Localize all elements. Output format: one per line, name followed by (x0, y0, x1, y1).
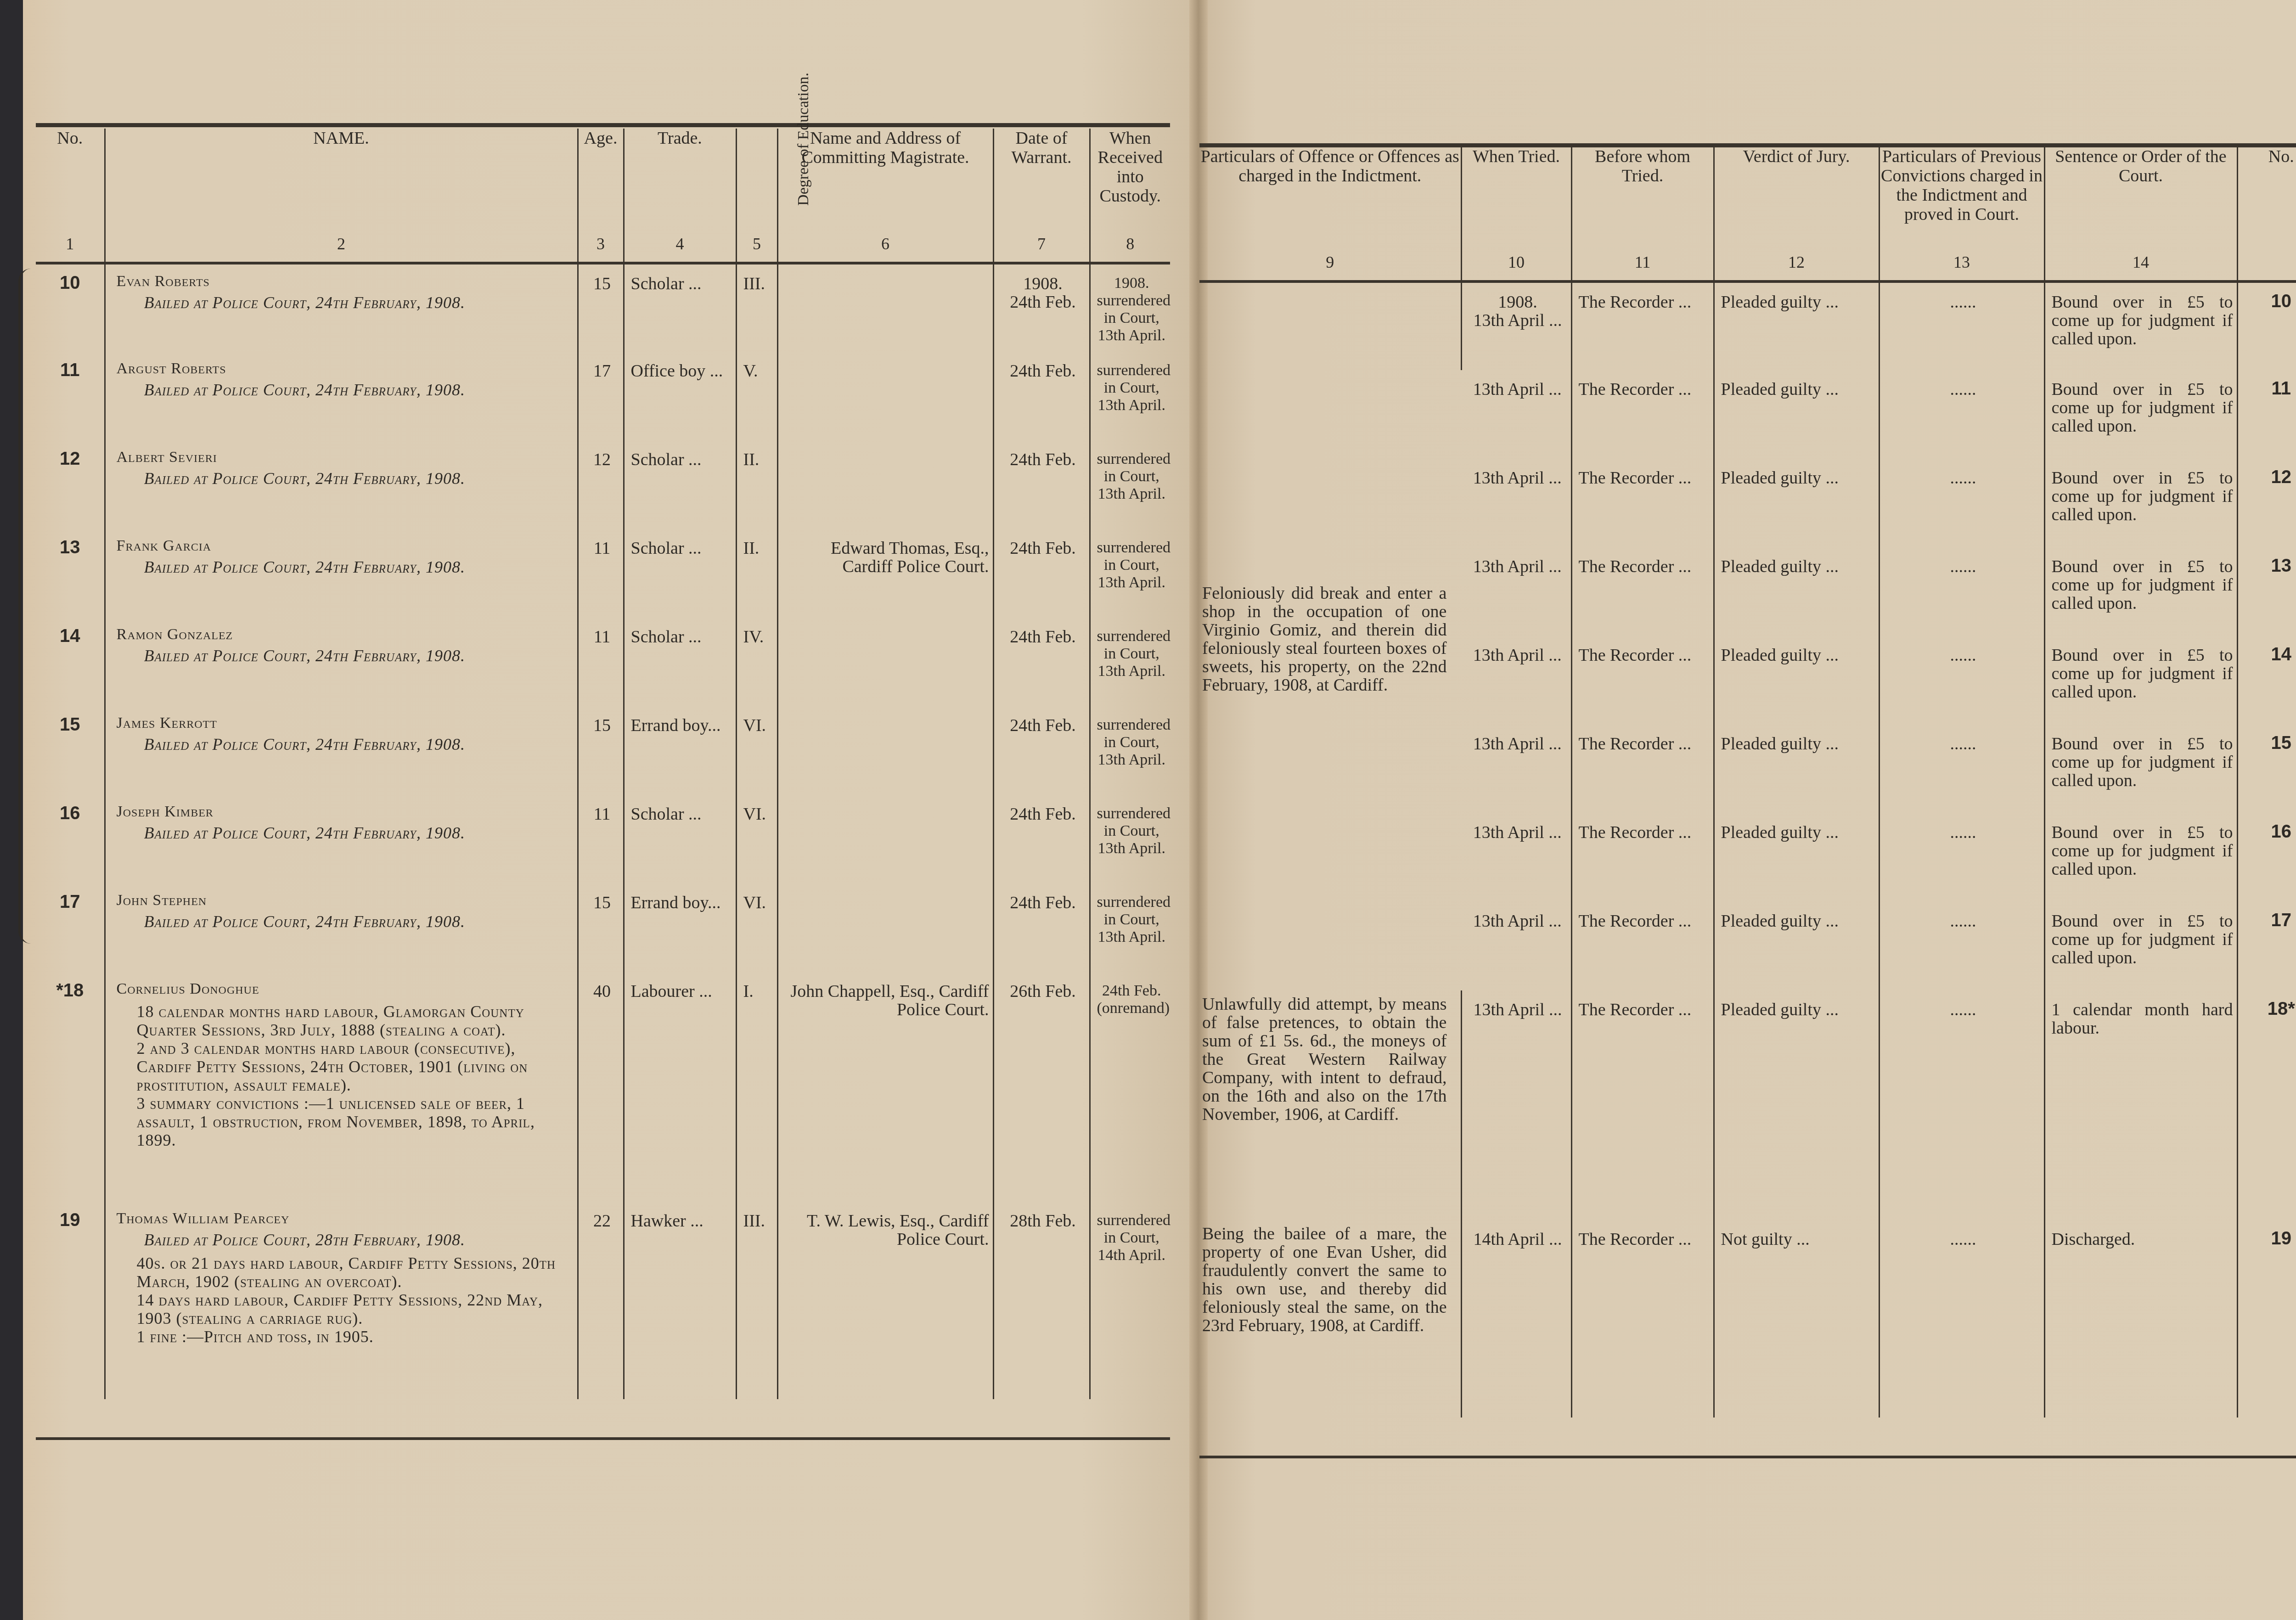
header-sentence: Sentence or Order of the Court. (2044, 147, 2237, 253)
year-label: 1908. (1001, 275, 1086, 293)
table-row: 10Evan RobertsBailed at Police Court, 24… (36, 263, 1170, 352)
year-label: 1908. (1469, 293, 1567, 311)
previous-convictions-proved: ...... (1879, 281, 2044, 370)
date-of-warrant: 24th Feb. (993, 795, 1090, 883)
prisoner-cell: Joseph KimberBailed at Police Court, 24t… (105, 795, 578, 883)
colnum-7: 7 (993, 234, 1090, 263)
table-row: 12Albert SevieriBailed at Police Court, … (36, 440, 1170, 529)
age: 22 (578, 1202, 624, 1399)
bail-note: Bailed at Police Court, 24th February, 1… (144, 823, 573, 843)
verdict: Pleaded guilty ... (1714, 281, 1879, 370)
education-degree: II. (736, 440, 777, 529)
received-into-custody: 1908.surrendered in Court, 13th April. (1090, 263, 1170, 352)
age: 11 (578, 529, 624, 618)
when-tried: 14th April ... (1461, 1220, 1571, 1417)
row-number: 19 (36, 1202, 105, 1399)
received-into-custody: surrendered in Court, 14th April. (1090, 1202, 1170, 1399)
table-row: Unlawfully did attempt, by means of fals… (1199, 990, 2296, 1220)
colnum-5: 5 (736, 234, 777, 263)
colnum-9: 9 (1199, 253, 1461, 281)
trade: Scholar ... (624, 263, 736, 352)
offence-particulars: Unlawfully did attempt, by means of fals… (1199, 990, 1461, 1220)
date-of-warrant: 1908.24th Feb. (993, 263, 1090, 352)
verdict: Pleaded guilty ... (1714, 370, 1879, 459)
previous-conviction: 40s. or 21 days hard labour, Cardiff Pet… (137, 1254, 568, 1291)
date-of-warrant: 24th Feb. (993, 618, 1090, 706)
bail-note: Bailed at Police Court, 28th February, 1… (144, 1230, 573, 1249)
education-degree: IV. (736, 618, 777, 706)
before-whom-tried: The Recorder ... (1571, 547, 1714, 636)
sentence: Bound over in £5 to come up for judgment… (2044, 281, 2237, 370)
table-row: 11Argust RobertsBailed at Police Court, … (36, 352, 1170, 440)
previous-conviction: 14 days hard labour, Cardiff Petty Sessi… (137, 1291, 568, 1327)
previous-convictions-proved: ...... (1879, 370, 2044, 459)
date-of-warrant: 26th Feb. (993, 972, 1090, 1202)
age: 11 (578, 795, 624, 883)
colnum-2: 2 (105, 234, 578, 263)
received-into-custody: surrendered in Court, 13th April. (1090, 706, 1170, 795)
committing-magistrate (777, 618, 993, 706)
header-verdict: Verdict of Jury. (1714, 147, 1879, 253)
row-number: 13 (36, 529, 105, 618)
row-number-right: 16 (2237, 813, 2296, 902)
received-into-custody: surrendered in Court, 13th April. (1090, 529, 1170, 618)
prisoner-cell: Evan RobertsBailed at Police Court, 24th… (105, 263, 578, 352)
age: 11 (578, 618, 624, 706)
when-tried: 13th April ... (1461, 370, 1571, 459)
prisoner-cell: Ramon GonzalezBailed at Police Court, 24… (105, 618, 578, 706)
before-whom-tried: The Recorder ... (1571, 370, 1714, 459)
committing-magistrate (777, 883, 993, 972)
when-tried: 13th April ... (1461, 902, 1571, 990)
before-whom-tried: The Recorder ... (1571, 281, 1714, 370)
trade: Scholar ... (624, 529, 736, 618)
previous-convictions-proved: ...... (1879, 547, 2044, 636)
trade: Scholar ... (624, 440, 736, 529)
table-row: 14Ramon GonzalezBailed at Police Court, … (36, 618, 1170, 706)
date-of-warrant: 28th Feb. (993, 1202, 1090, 1399)
colnum-13: 13 (1879, 253, 2044, 281)
table-row: *18Cornelius Donoghue18 calendar months … (36, 972, 1170, 1202)
sentence: Bound over in £5 to come up for judgment… (2044, 370, 2237, 459)
header-custody: When Received into Custody. (1090, 129, 1170, 234)
education-degree: VI. (736, 706, 777, 795)
date-of-warrant: 24th Feb. (993, 883, 1090, 972)
previous-convictions-list: 40s. or 21 days hard labour, Cardiff Pet… (137, 1254, 568, 1346)
bottom-rule-right (1199, 1456, 2296, 1458)
age: 40 (578, 972, 624, 1202)
sentence: Bound over in £5 to come up for judgment… (2044, 725, 2237, 813)
age: 12 (578, 440, 624, 529)
row-number-right: 13 (2237, 547, 2296, 636)
education-degree: II. (736, 529, 777, 618)
header-offence: Particulars of Offence or Offences as ch… (1199, 147, 1461, 253)
when-tried: 1908.13th April ... (1461, 281, 1571, 370)
sentence: 1 calendar month hard labour. (2044, 990, 2237, 1220)
committing-magistrate: Edward Thomas, Esq., Cardiff Police Cour… (777, 529, 993, 618)
row-number-right: 10 (2237, 281, 2296, 370)
age: 15 (578, 706, 624, 795)
bail-note: Bailed at Police Court, 24th February, 1… (144, 912, 573, 931)
previous-conviction: 3 summary convictions :—1 unlicensed sal… (137, 1094, 568, 1149)
verdict: Pleaded guilty ... (1714, 547, 1879, 636)
previous-convictions-proved: ...... (1879, 725, 2044, 813)
bail-note: Bailed at Police Court, 24th February, 1… (144, 469, 573, 488)
header-when-tried: When Tried. (1461, 147, 1571, 253)
education-degree: III. (736, 1202, 777, 1399)
offence-particulars: Being the bailee of a mare, the property… (1199, 1220, 1461, 1417)
prisoner-name: Joseph Kimber (117, 803, 573, 821)
previous-convictions-proved: ...... (1879, 636, 2044, 725)
trade: Scholar ... (624, 795, 736, 883)
colnum-8: 8 (1090, 234, 1170, 263)
committing-magistrate (777, 440, 993, 529)
when-tried: 13th April ... (1461, 813, 1571, 902)
header-no-right: No. (2237, 147, 2296, 253)
prisoner-name: Albert Sevieri (117, 449, 573, 466)
previous-conviction: 18 calendar months hard labour, Glamorga… (137, 1002, 568, 1039)
when-tried: 13th April ... (1461, 547, 1571, 636)
prisoner-name: Cornelius Donoghue (117, 980, 573, 998)
colnum-10: 10 (1461, 253, 1571, 281)
trade: Labourer ... (624, 972, 736, 1202)
colnum-15 (2237, 253, 2296, 281)
bail-note: Bailed at Police Court, 24th February, 1… (144, 380, 573, 399)
before-whom-tried: The Recorder ... (1571, 459, 1714, 547)
received-into-custody: surrendered in Court, 13th April. (1090, 352, 1170, 440)
prisoner-name: Argust Roberts (117, 360, 573, 377)
previous-conviction: 1 fine :—Pitch and toss, in 1905. (137, 1327, 568, 1346)
colnum-3: 3 (578, 234, 624, 263)
prisoner-name: John Stephen (117, 892, 573, 909)
when-tried: 13th April ... (1461, 459, 1571, 547)
prisoner-cell: Albert SevieriBailed at Police Court, 24… (105, 440, 578, 529)
row-number-right: 12 (2237, 459, 2296, 547)
sentence: Bound over in £5 to come up for judgment… (2044, 636, 2237, 725)
row-number: 11 (36, 352, 105, 440)
prisoner-name: James Kerrott (117, 714, 573, 732)
before-whom-tried: The Recorder ... (1571, 636, 1714, 725)
sentence: Bound over in £5 to come up for judgment… (2044, 547, 2237, 636)
table-row: 16Joseph KimberBailed at Police Court, 2… (36, 795, 1170, 883)
bail-note: Bailed at Police Court, 24th February, 1… (144, 293, 573, 312)
prisoner-cell: James KerrottBailed at Police Court, 24t… (105, 706, 578, 795)
row-number-right: 18* (2237, 990, 2296, 1220)
previous-conviction: 2 and 3 calendar months hard labour (con… (137, 1039, 568, 1094)
bail-note: Bailed at Police Court, 24th February, 1… (144, 557, 573, 577)
bail-note: Bailed at Police Court, 24th February, 1… (144, 646, 573, 665)
bail-note: Bailed at Police Court, 24th February, 1… (144, 735, 573, 754)
verdict: Pleaded guilty ... (1714, 725, 1879, 813)
previous-convictions-proved: ...... (1879, 459, 2044, 547)
education-degree: VI. (736, 795, 777, 883)
previous-convictions-proved: ...... (1879, 902, 2044, 990)
age: 17 (578, 352, 624, 440)
prisoner-name: Thomas William Pearcey (117, 1210, 573, 1227)
row-number: 10 (36, 263, 105, 352)
header-previous-convictions: Particulars of Previous Convictions char… (1879, 147, 2044, 253)
date-of-warrant: 24th Feb. (993, 352, 1090, 440)
table-row: 19Thomas William PearceyBailed at Police… (36, 1202, 1170, 1399)
table-row: Being the bailee of a mare, the property… (1199, 1220, 2296, 1417)
committing-magistrate (777, 795, 993, 883)
prisoner-cell: Argust RobertsBailed at Police Court, 24… (105, 352, 578, 440)
prisoner-name: Ramon Gonzalez (117, 626, 573, 643)
table-row: Feloniously did break and enter a shop i… (1199, 281, 2296, 370)
date-of-warrant: 24th Feb. (993, 529, 1090, 618)
received-into-custody: surrendered in Court, 13th April. (1090, 883, 1170, 972)
register-table-right: Particulars of Offence or Offences as ch… (1199, 147, 2296, 1417)
when-tried: 13th April ... (1461, 990, 1571, 1220)
row-number-right: 15 (2237, 725, 2296, 813)
trade: Errand boy... (624, 706, 736, 795)
verdict: Pleaded guilty ... (1714, 636, 1879, 725)
committing-magistrate (777, 706, 993, 795)
verdict: Pleaded guilty ... (1714, 902, 1879, 990)
row-number-right: 11 (2237, 370, 2296, 459)
row-number-right: 17 (2237, 902, 2296, 990)
header-education: Degree of Education. (736, 129, 777, 234)
prisoner-name: Frank Garcia (117, 537, 573, 555)
committing-magistrate: John Chappell, Esq., Cardiff Police Cour… (777, 972, 993, 1202)
prisoner-cell: Cornelius Donoghue18 calendar months har… (105, 972, 578, 1202)
before-whom-tried: The Recorder ... (1571, 902, 1714, 990)
before-whom-tried: The Recorder ... (1571, 813, 1714, 902)
received-into-custody: surrendered in Court, 13th April. (1090, 618, 1170, 706)
row-number: 17 (36, 883, 105, 972)
row-number: 16 (36, 795, 105, 883)
previous-convictions-list: 18 calendar months hard labour, Glamorga… (137, 1002, 568, 1149)
row-number: 12 (36, 440, 105, 529)
group-bracket (18, 269, 31, 944)
verdict: Pleaded guilty ... (1714, 990, 1879, 1220)
colnum-1: 1 (36, 234, 105, 263)
committing-magistrate (777, 352, 993, 440)
previous-convictions-proved: ...... (1879, 1220, 2044, 1417)
when-tried: 13th April ... (1461, 725, 1571, 813)
header-name: NAME. (105, 129, 578, 234)
offence-particulars: Feloniously did break and enter a shop i… (1199, 281, 1461, 990)
sentence: Bound over in £5 to come up for judgment… (2044, 813, 2237, 902)
row-number: 14 (36, 618, 105, 706)
colnum-12: 12 (1714, 253, 1879, 281)
age: 15 (578, 263, 624, 352)
age: 15 (578, 883, 624, 972)
previous-convictions-proved: ...... (1879, 990, 2044, 1220)
row-number: 15 (36, 706, 105, 795)
education-degree: I. (736, 972, 777, 1202)
received-into-custody: 24th Feb. (onremand) (1090, 972, 1170, 1202)
date-of-warrant: 24th Feb. (993, 440, 1090, 529)
header-no: No. (36, 129, 105, 234)
colnum-11: 11 (1571, 253, 1714, 281)
row-number: *18 (36, 972, 105, 1202)
header-before-whom: Before whom Tried. (1571, 147, 1714, 253)
before-whom-tried: The Recorder ... (1571, 725, 1714, 813)
row-number-right: 19 (2237, 1220, 2296, 1417)
previous-convictions-proved: ...... (1879, 813, 2044, 902)
header-age: Age. (578, 129, 624, 234)
verdict: Pleaded guilty ... (1714, 459, 1879, 547)
colnum-6: 6 (777, 234, 993, 263)
table-row: 17John StephenBailed at Police Court, 24… (36, 883, 1170, 972)
prisoner-cell: Thomas William PearceyBailed at Police C… (105, 1202, 578, 1399)
education-degree: V. (736, 352, 777, 440)
top-rule-left (36, 123, 1170, 127)
committing-magistrate (777, 263, 993, 352)
trade: Errand boy... (624, 883, 736, 972)
verdict: Pleaded guilty ... (1714, 813, 1879, 902)
received-into-custody: surrendered in Court, 13th April. (1090, 440, 1170, 529)
before-whom-tried: The Recorder ... (1571, 1220, 1714, 1417)
sentence: Bound over in £5 to come up for judgment… (2044, 459, 2237, 547)
trade: Office boy ... (624, 352, 736, 440)
header-warrant: Date of Warrant. (993, 129, 1090, 234)
education-degree: VI. (736, 883, 777, 972)
received-into-custody: surrendered in Court, 13th April. (1090, 795, 1170, 883)
date-of-warrant: 24th Feb. (993, 706, 1090, 795)
colnum-14: 14 (2044, 253, 2237, 281)
bottom-rule-left (36, 1437, 1170, 1440)
header-trade: Trade. (624, 129, 736, 234)
verdict: Not guilty ... (1714, 1220, 1879, 1417)
committing-magistrate: T. W. Lewis, Esq., Cardiff Police Court. (777, 1202, 993, 1399)
trade: Hawker ... (624, 1202, 736, 1399)
table-row: 13Frank GarciaBailed at Police Court, 24… (36, 529, 1170, 618)
table-row: 15James KerrottBailed at Police Court, 2… (36, 706, 1170, 795)
row-number-right: 14 (2237, 636, 2296, 725)
prisoner-cell: John StephenBailed at Police Court, 24th… (105, 883, 578, 972)
education-degree: III. (736, 263, 777, 352)
prisoner-name: Evan Roberts (117, 273, 573, 290)
trade: Scholar ... (624, 618, 736, 706)
when-tried: 13th April ... (1461, 636, 1571, 725)
register-table-left: No. NAME. Age. Trade. Degree of Educatio… (36, 129, 1170, 1399)
sentence: Bound over in £5 to come up for judgment… (2044, 902, 2237, 990)
sentence: Discharged. (2044, 1220, 2237, 1417)
colnum-4: 4 (624, 234, 736, 263)
before-whom-tried: The Recorder ... (1571, 990, 1714, 1220)
prisoner-cell: Frank GarciaBailed at Police Court, 24th… (105, 529, 578, 618)
year-label: 1908. (1097, 275, 1167, 292)
